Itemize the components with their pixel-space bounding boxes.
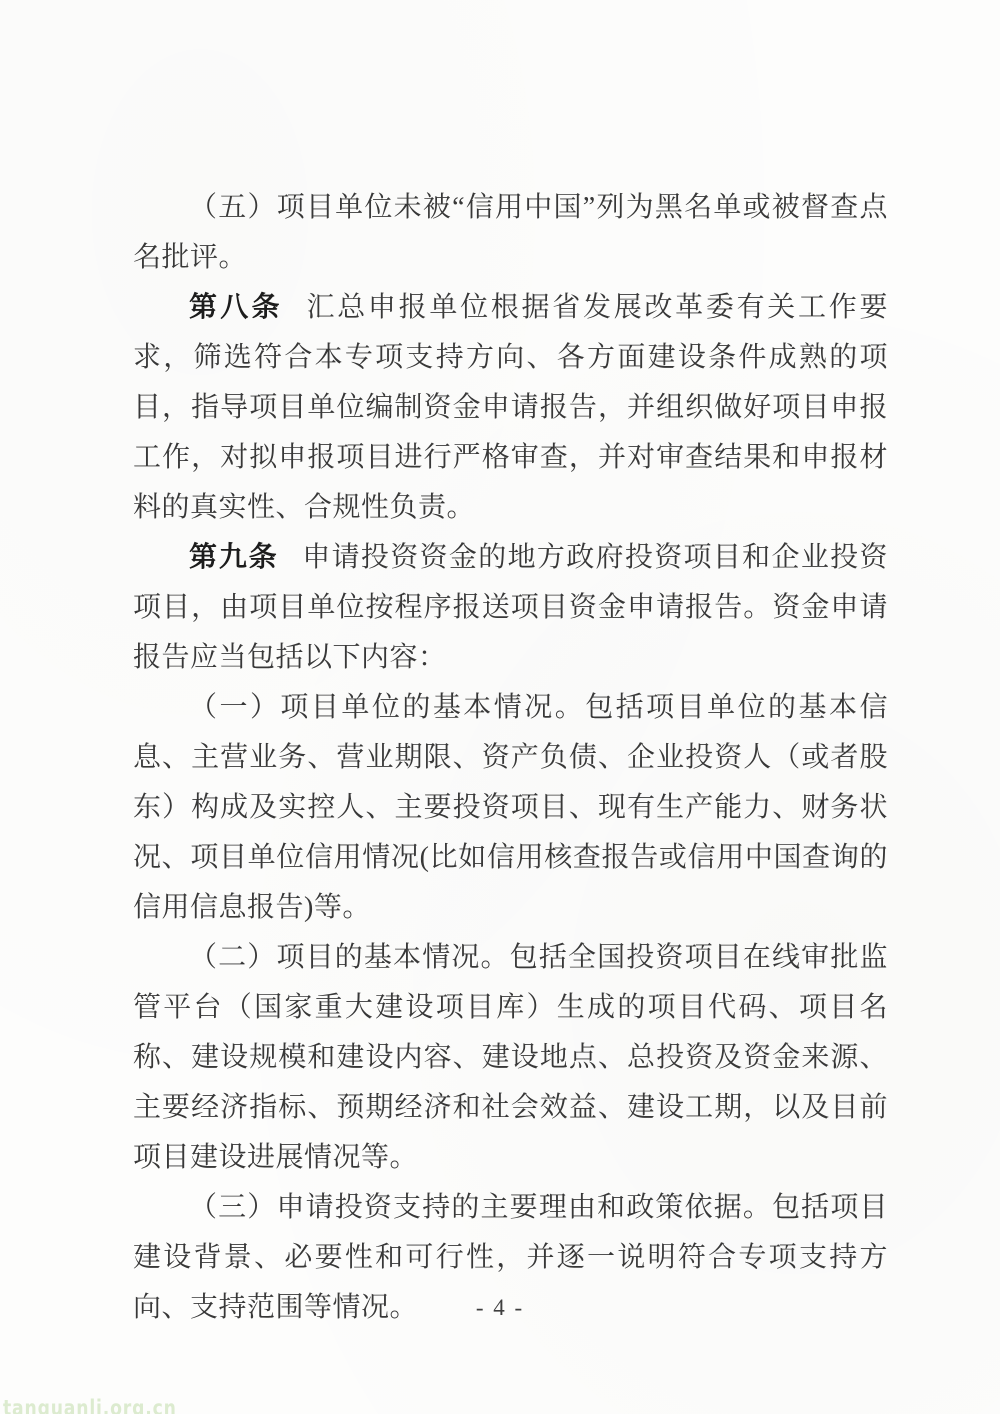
article-number-label: 第九条	[189, 542, 278, 573]
article-number-label: 第八条	[189, 292, 283, 323]
page-number: - 4 -	[0, 1295, 1000, 1321]
article-paragraph: 第八条汇总申报单位根据省发展改革委有关工作要求，筛选符合本专项支持方向、各方面建…	[133, 283, 888, 533]
document-body: （五）项目单位未被“信用中国”列为黑名单或被督查点名批评。第八条汇总申报单位根据…	[133, 183, 888, 1333]
watermark-text: tanguanli.org.cn	[3, 1396, 177, 1414]
body-paragraph: （二）项目的基本情况。包括全国投资项目在线审批监管平台（国家重大建设项目库）生成…	[133, 933, 888, 1183]
article-paragraph: 第九条申请投资资金的地方政府投资项目和企业投资项目，由项目单位按程序报送项目资金…	[133, 533, 888, 683]
document-page: （五）项目单位未被“信用中国”列为黑名单或被督查点名批评。第八条汇总申报单位根据…	[0, 0, 1000, 1414]
body-paragraph: （一）项目单位的基本情况。包括项目单位的基本信息、主营业务、营业期限、资产负债、…	[133, 683, 888, 933]
body-paragraph: （五）项目单位未被“信用中国”列为黑名单或被督查点名批评。	[133, 183, 888, 283]
